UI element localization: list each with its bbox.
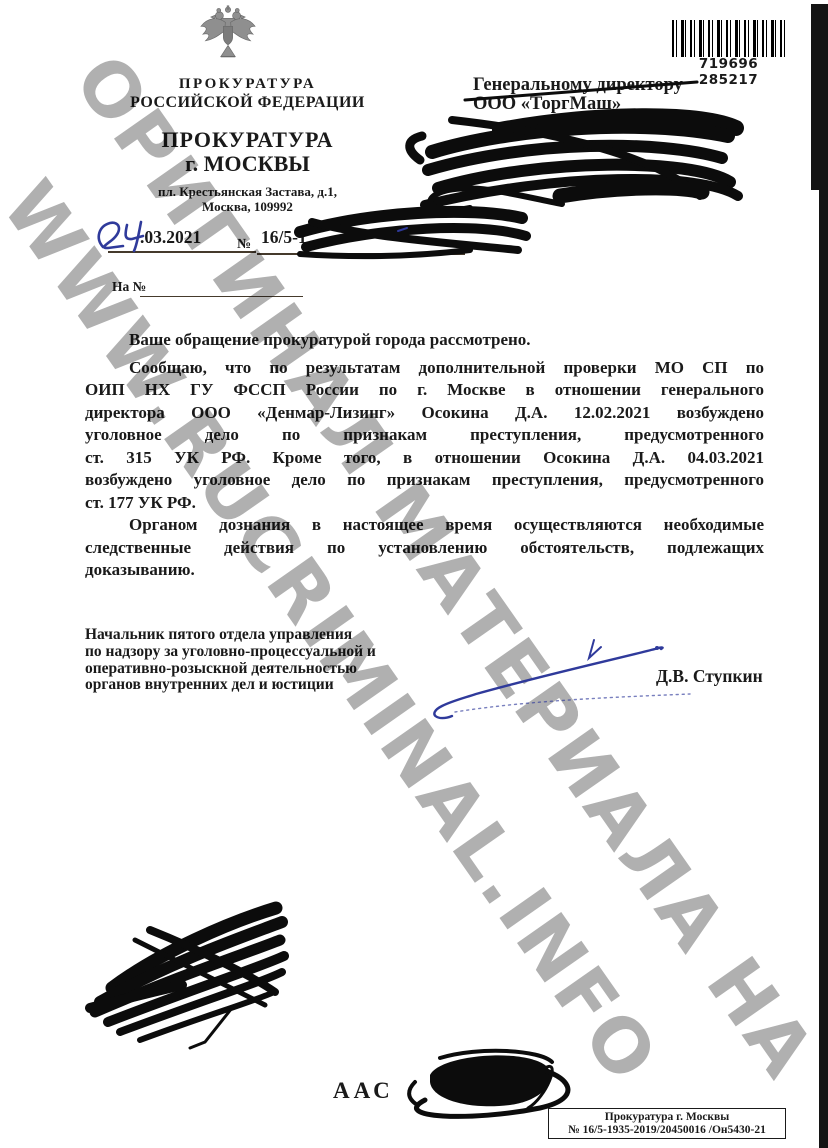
body-line: Сообщаю, что по результатам дополнительн… bbox=[85, 357, 764, 380]
reply-to-label: На № bbox=[112, 279, 146, 295]
address-line1: пл. Крестьянская Застава, д.1, bbox=[120, 184, 375, 199]
body-line: ОИП НХ ГУ ФССП России по г. Москве в отн… bbox=[85, 379, 764, 402]
signer-title-line: Начальник пятого отдела управления bbox=[85, 627, 376, 644]
barcode-digits: 719696 285217 bbox=[670, 56, 787, 88]
recipient-line2: ООО «ТоргМаш» bbox=[473, 94, 621, 115]
redaction-scribble-bottom-left bbox=[90, 908, 284, 1048]
org-name-line2: РОССИЙСКОЙ ФЕДЕРАЦИИ bbox=[110, 94, 385, 112]
reply-underline bbox=[140, 296, 303, 297]
address-line2: Москва, 109992 bbox=[120, 199, 375, 214]
redaction-scribble-initials bbox=[409, 1051, 568, 1117]
body-line: Органом дознания в настоящее время осуще… bbox=[85, 514, 764, 537]
letter-body: Ваше обращение прокуратурой города рассм… bbox=[85, 329, 764, 582]
signer-title-line: органов внутренних дел и юстиции bbox=[85, 677, 376, 694]
body-line: ст. 315 УК РФ. Кроме того, в отношении О… bbox=[85, 447, 764, 470]
stamp-line1: Прокуратура г. Москвы bbox=[549, 1111, 785, 1124]
executor-initials: ААС bbox=[333, 1078, 394, 1104]
body-line: Ваше обращение прокуратурой города рассм… bbox=[85, 329, 764, 352]
number-sign: № bbox=[237, 237, 251, 253]
russia-coat-of-arms-icon bbox=[195, 5, 261, 68]
office-address: пл. Крестьянская Застава, д.1, Москва, 1… bbox=[120, 184, 375, 214]
office-name-line1: ПРОКУРАТУРА bbox=[120, 127, 375, 153]
redaction-scribble-number bbox=[300, 212, 526, 256]
body-line: возбуждено уголовное дело по признакам п… bbox=[85, 469, 764, 492]
handwritten-date-ink bbox=[99, 222, 143, 251]
stamp-line2: № 16/5-1935-2019/20450016 /Он5430-21 bbox=[549, 1124, 785, 1137]
recipient-line1: Генеральному директору bbox=[473, 75, 683, 96]
signer-title-line: оперативно-розыскной деятельностью bbox=[85, 661, 376, 678]
office-name-line2: г. МОСКВЫ bbox=[120, 151, 375, 177]
body-line: директора ООО «Денмар-Лизинг» Осокина Д.… bbox=[85, 402, 764, 425]
body-line: следственные действия по установлению об… bbox=[85, 537, 764, 560]
scan-edge-band bbox=[811, 4, 828, 190]
outgoing-number: 16/5-1 bbox=[261, 227, 307, 248]
body-line: доказыванию. bbox=[85, 559, 764, 582]
body-line: ст. 177 УК РФ. bbox=[85, 492, 764, 515]
registration-stamp-box: Прокуратура г. Москвы № 16/5-1935-2019/2… bbox=[548, 1108, 786, 1139]
scan-edge-band bbox=[819, 188, 828, 1148]
body-line: уголовное дело по признакам преступления… bbox=[85, 424, 764, 447]
document-scan: ПРОКУРАТУРА РОССИЙСКОЙ ФЕДЕРАЦИИ ПРОКУРА… bbox=[0, 0, 828, 1148]
date-underline bbox=[108, 251, 256, 253]
handwritten-signature-ink bbox=[434, 640, 690, 718]
outgoing-date: .03.2021 bbox=[140, 227, 201, 248]
signer-title-line: по надзору за уголовно-процессуальной и bbox=[85, 644, 376, 661]
barcode-icon bbox=[672, 20, 785, 57]
org-name-line1: ПРОКУРАТУРА bbox=[120, 76, 375, 93]
signer-title: Начальник пятого отдела управления по на… bbox=[85, 627, 376, 694]
number-underline bbox=[257, 253, 465, 255]
signer-name: Д.В. Ступкин bbox=[656, 666, 763, 687]
